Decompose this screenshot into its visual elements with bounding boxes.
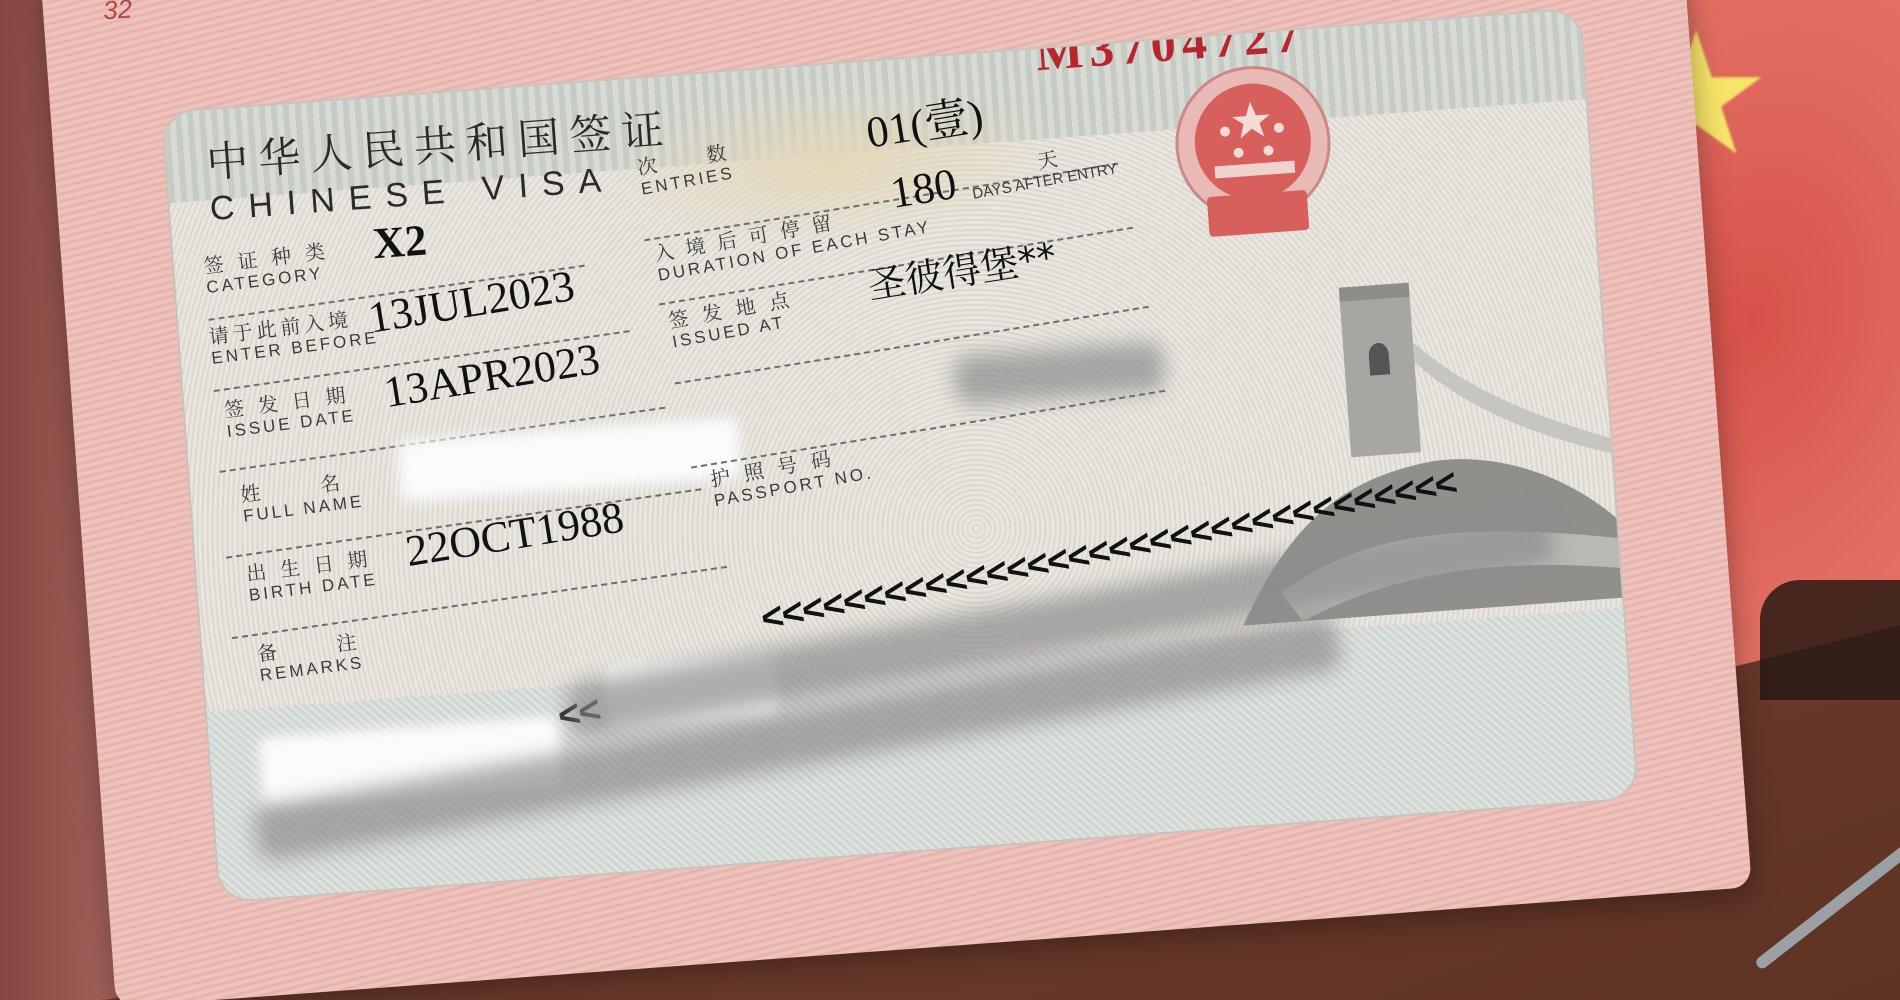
page-number: 32 bbox=[102, 0, 133, 26]
shadow bbox=[1760, 580, 1900, 700]
full-name-label: 姓名 FULL NAME bbox=[239, 463, 403, 527]
issued-at-label: 签发地点 ISSUED AT bbox=[667, 285, 809, 353]
enter-before-value: 13JUL2023 bbox=[365, 260, 578, 344]
enter-before-label: 请于此前入境 ENTER BEFORE bbox=[207, 304, 379, 369]
divider bbox=[691, 390, 1165, 469]
birth-date-label: 出生日期 BIRTH DATE bbox=[245, 545, 385, 606]
issue-date-label: 签发日期 ISSUE DATE bbox=[223, 381, 363, 442]
duration-value: 180 bbox=[887, 158, 960, 219]
category-label: 签证种类 CATEGORY bbox=[202, 237, 342, 298]
issue-date-value: 13APR2023 bbox=[380, 333, 603, 418]
flag-pole bbox=[1754, 801, 1900, 971]
passport-page: 32 中华人民共和国签证 CHINESE VISA M3704727 bbox=[40, 0, 1752, 1000]
category-value: X2 bbox=[371, 214, 428, 269]
visa-sticker: 中华人民共和国签证 CHINESE VISA M3704727 签证种类 CAT… bbox=[161, 7, 1639, 903]
birth-date-value: 22OCT1988 bbox=[402, 491, 627, 577]
national-emblem-icon bbox=[1162, 58, 1345, 250]
